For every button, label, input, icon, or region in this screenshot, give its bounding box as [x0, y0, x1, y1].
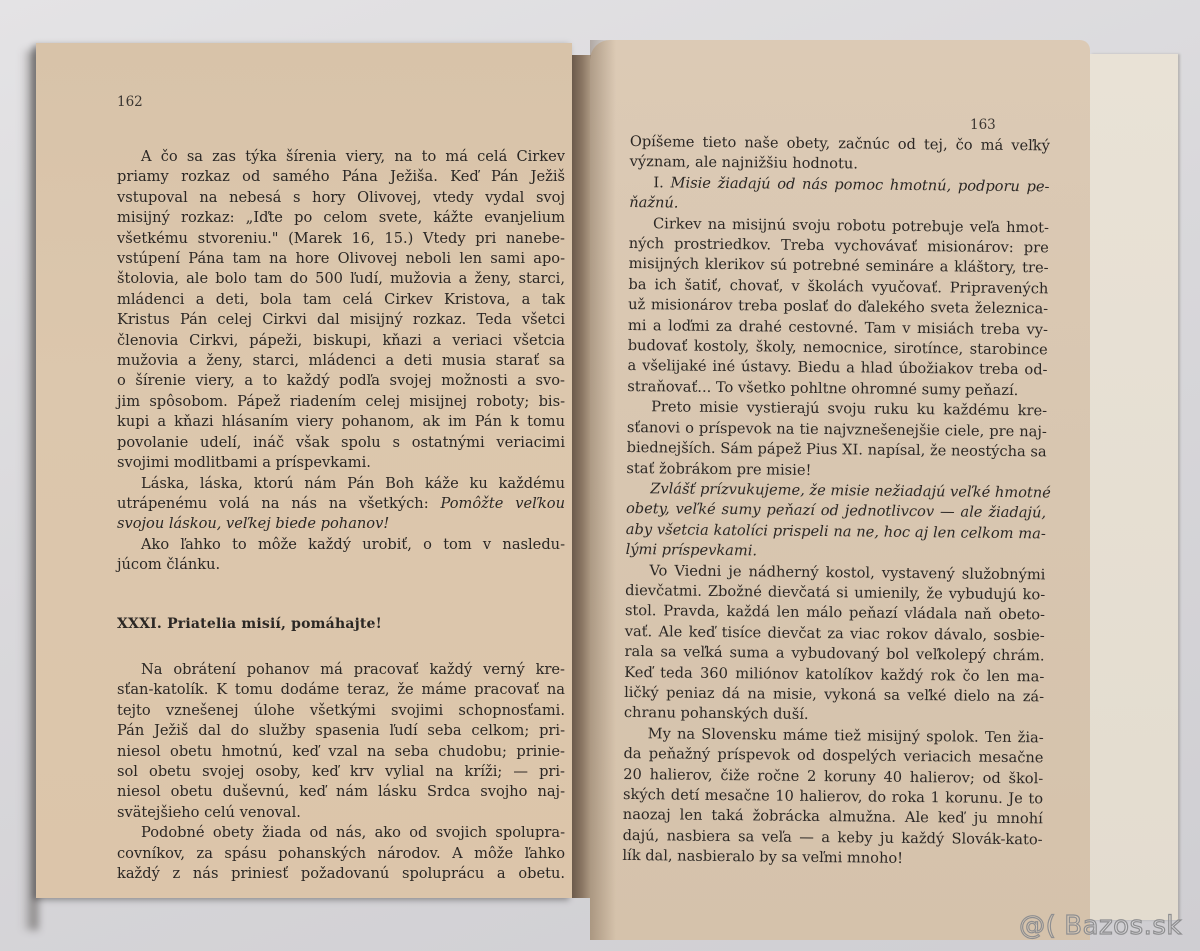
left-page: 162 A čo sa zas týka šírenia viery, na t…	[36, 43, 572, 898]
bazos-logo-icon: @(	[1019, 911, 1056, 941]
text-line: Podobné obety žiada od nás, ako od svoji…	[117, 823, 565, 843]
text-line: sol obetu svojej osoby, keď krv vylial n…	[117, 762, 565, 782]
text-line: štolovia, ale bolo tam do 500 ľudí, mužo…	[117, 269, 565, 289]
text-line: lík dal, nasbieralo by sa veľmi mnoho!	[622, 846, 1042, 871]
text-line: tejto vznešenej úlohe všetkými svojimi s…	[117, 701, 565, 721]
text-line: misijný rozkaz: „Iďte po celom svete, ká…	[117, 208, 565, 228]
text-line: kupi a kňazi hlásaním viery pohanom, ak …	[117, 412, 565, 432]
text-line: vstupoval na nebesá s hory Olivovej, vte…	[117, 188, 565, 208]
watermark-text: Bazos.sk	[1064, 911, 1182, 941]
text-line: Na obrátení pohanov má pracovať každý ve…	[117, 660, 565, 680]
text-line: mužovia a ženy, starci, mládenci a deti …	[117, 351, 565, 371]
text-line: všetkému stvoreniu." (Marek 16, 15.) Vte…	[117, 229, 565, 249]
left-paragraphs-2: Na obrátení pohanov má pracovať každý ve…	[117, 660, 565, 884]
chapter-heading: XXXI. Priatelia misií, pomáhajte!	[117, 614, 565, 634]
watermark: @(Bazos.sk	[1019, 911, 1182, 941]
text-line: svojou láskou, veľkej biede pohanov!	[117, 514, 565, 534]
text-line: mládenci a deti, bola tam celá Cirkev Kr…	[117, 290, 565, 310]
text-line: priamy rozkaz od samého Pána Ježiša. Keď…	[117, 167, 565, 187]
text-line: každý z nás priniesť požadovanú spoluprá…	[117, 864, 565, 884]
text-line: Láska, láska, ktorú nám Pán Boh káže ku …	[117, 474, 565, 494]
page-number-left: 162	[117, 92, 143, 112]
text-line: A čo sa zas týka šírenia viery, na to má…	[117, 147, 565, 167]
text-line: vstúpení Pána tam na hore Olivovej nebol…	[117, 249, 565, 269]
right-paragraphs: Opíšeme tieto naše obety, začnúc od tej,…	[622, 132, 1050, 871]
right-page-text: Opíšeme tieto naše obety, začnúc od tej,…	[622, 132, 1050, 871]
text-line: Kristus Pán celej Cirkvi dal misijný roz…	[117, 310, 565, 330]
text-line: júcom článku.	[117, 555, 565, 575]
text-line: povolanie udelí, ináč však spolu s ostat…	[117, 433, 565, 453]
text-line: niesol obetu hmotnú, keď vzal na seba ch…	[117, 742, 565, 762]
back-cover	[1090, 54, 1178, 920]
text-line: covníkov, za spásu pohanských národov. A…	[117, 844, 565, 864]
text-line: Ako ľahko to môže každý urobiť, o tom v …	[117, 535, 565, 555]
page-number-right: 163	[970, 115, 996, 135]
left-page-text: A čo sa zas týka šírenia viery, na to má…	[117, 147, 565, 884]
text-line: svätejšieho celú venoval.	[117, 803, 565, 823]
right-page: 163 Opíšeme tieto naše obety, začnúc od …	[590, 40, 1090, 940]
text-line: Pán Ježiš dal do služby spasenia ľudí se…	[117, 721, 565, 741]
text-line: utrápenému volá na nás na všetkých: Pomô…	[117, 494, 565, 514]
text-line: sťan-katolík. K tomu dodáme teraz, že má…	[117, 680, 565, 700]
text-line: jim spôsobom. Pápež riadením celej misij…	[117, 392, 565, 412]
text-line: svojimi modlitbami a príspevkami.	[117, 453, 565, 473]
left-paragraphs-1: A čo sa zas týka šírenia viery, na to má…	[117, 147, 565, 576]
text-line: niesol obetu duševnú, keď nám lásku Srdc…	[117, 782, 565, 802]
text-line: členovia Cirkvi, pápeži, biskupi, kňazi …	[117, 331, 565, 351]
text-line: o šírenie viery, a to každý podľa svojej…	[117, 371, 565, 391]
